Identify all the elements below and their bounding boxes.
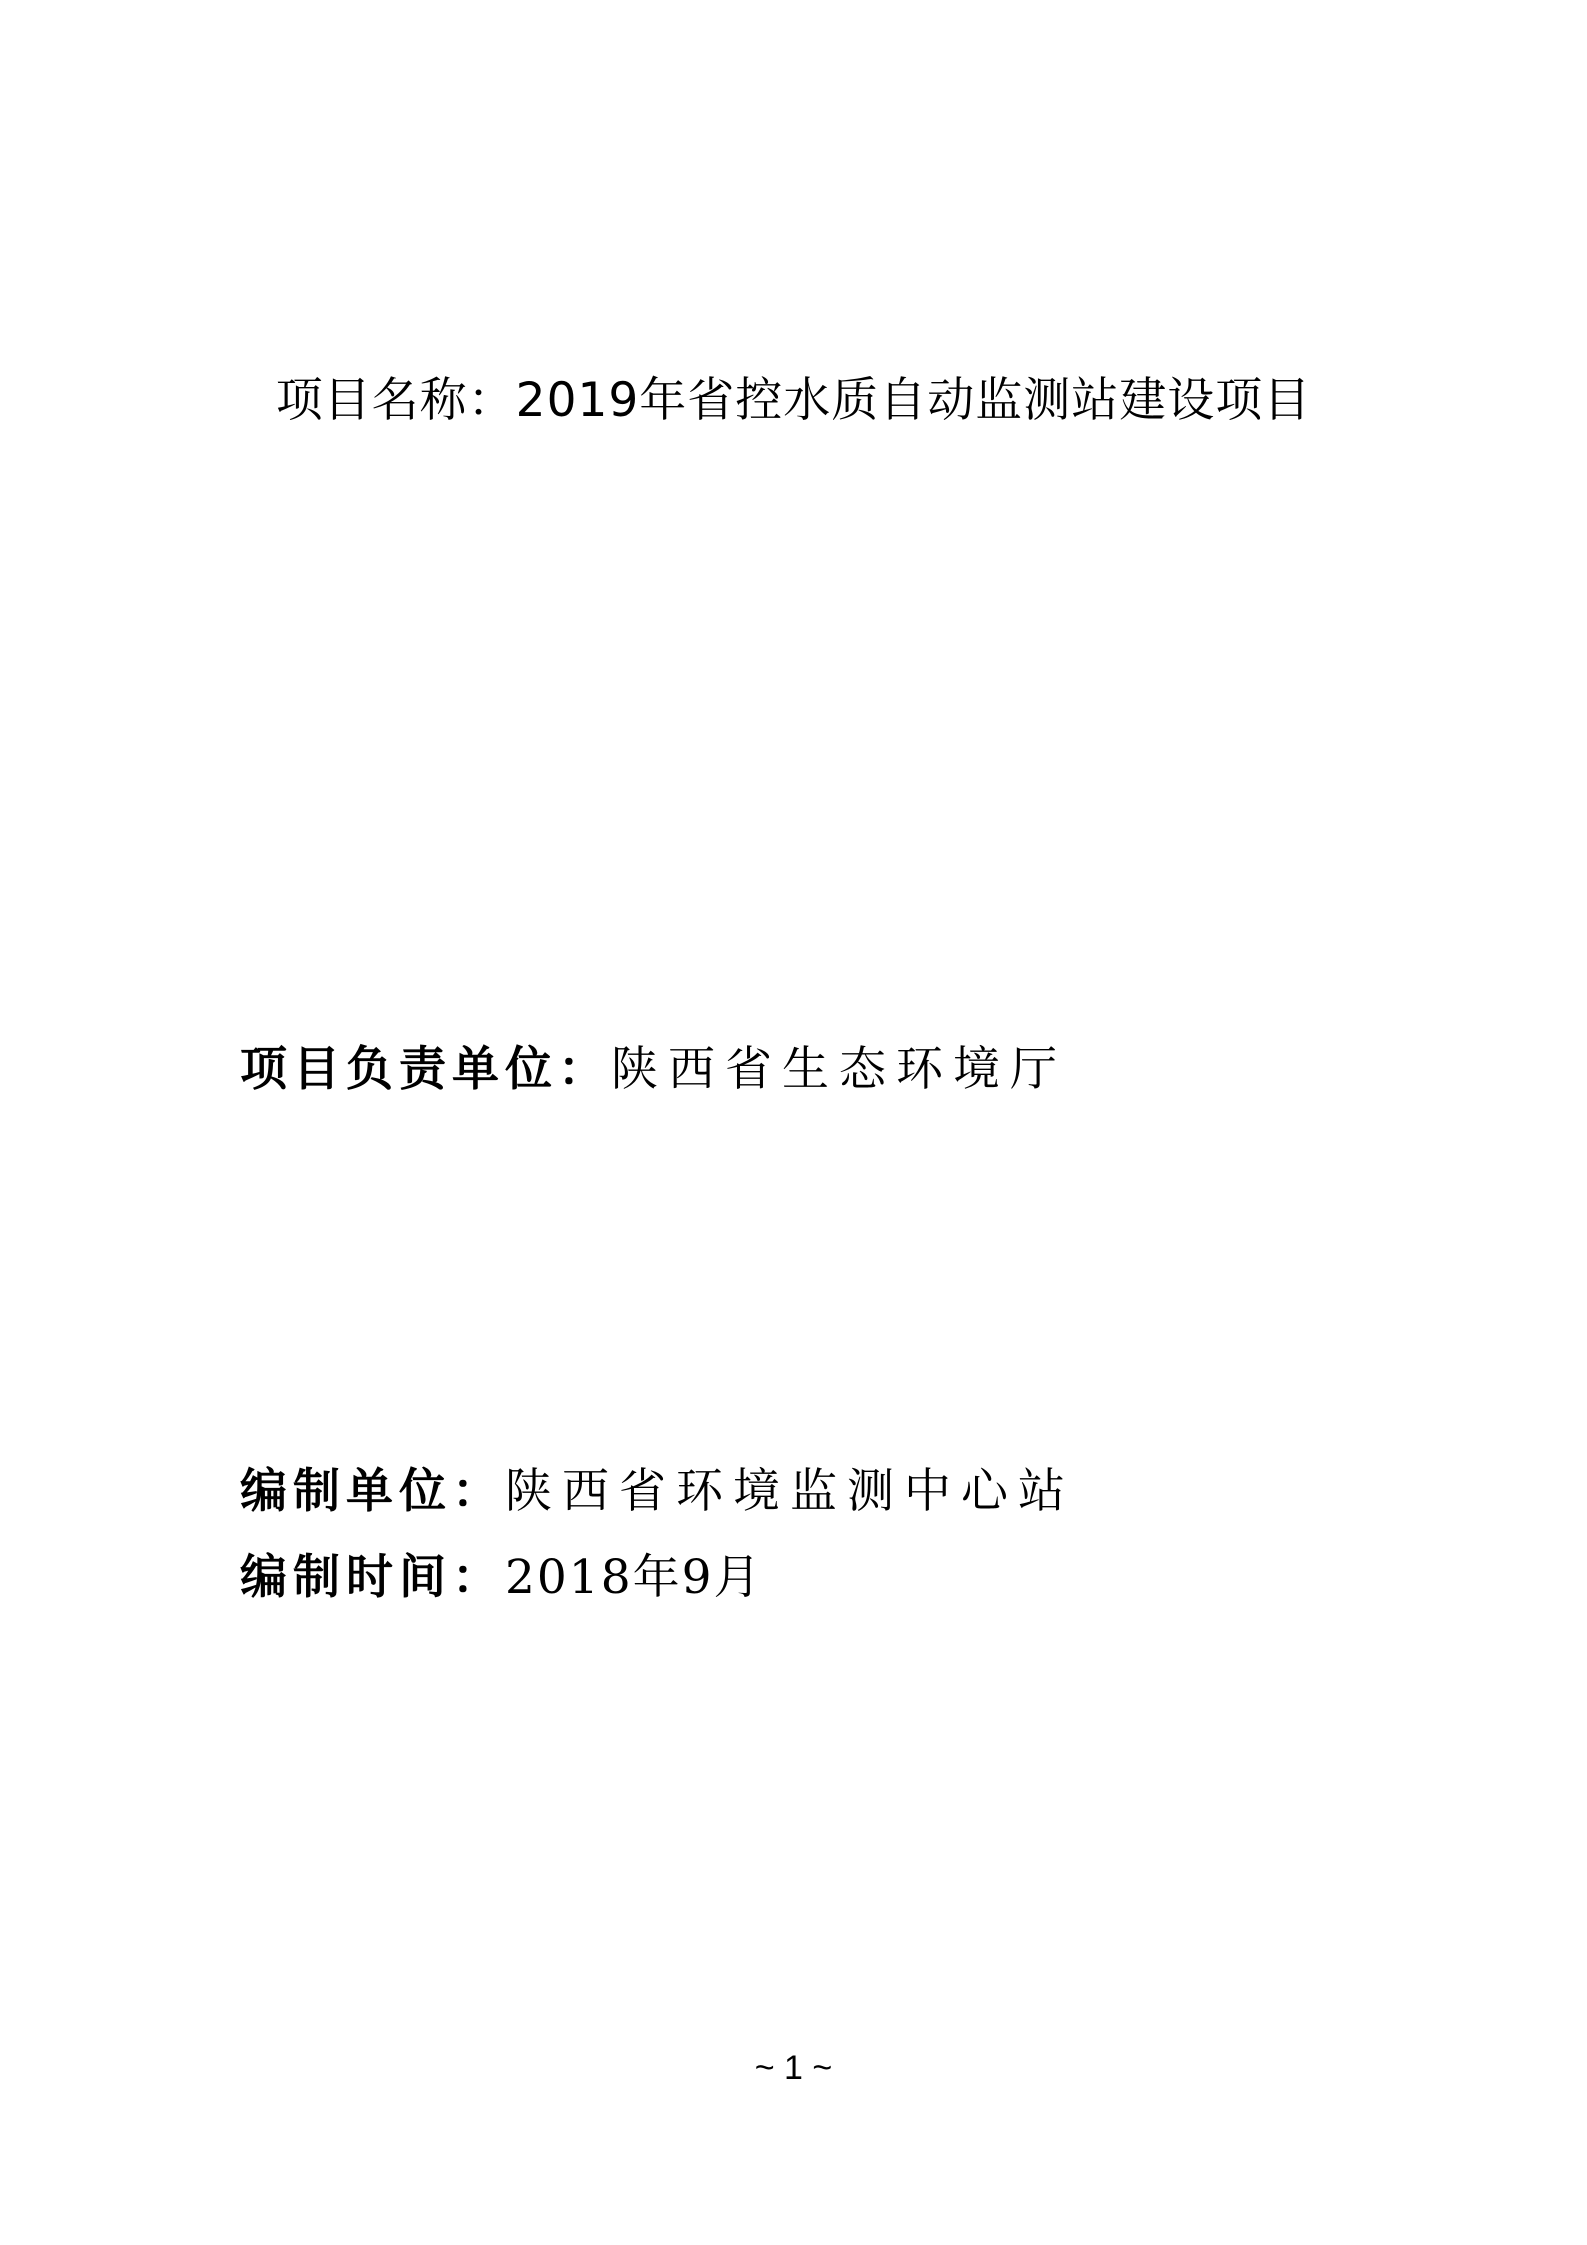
compiling-unit-field: 编制单位：陕西省环境监测中心站: [240, 1457, 1075, 1527]
project-owner-label: 项目负责单位：: [240, 1042, 611, 1097]
project-owner-value: 陕西省生态环境厅: [611, 1042, 1067, 1097]
document-page: 项目名称：2019年省控水质自动监测站建设项目 项目负责单位：陕西省生态环境厅 …: [0, 0, 1587, 2245]
compiling-unit-value: 陕西省环境监测中心站: [505, 1464, 1075, 1519]
compile-time-value: 2018年9月: [505, 1550, 763, 1605]
project-title: 项目名称：2019年省控水质自动监测站建设项目: [0, 366, 1587, 436]
page-number: ~ 1 ~: [0, 2045, 1587, 2091]
project-owner-field: 项目负责单位：陕西省生态环境厅: [240, 1035, 1067, 1105]
compiling-unit-label: 编制单位：: [240, 1464, 505, 1519]
compile-time-label: 编制时间：: [240, 1550, 505, 1605]
compile-time-field: 编制时间：2018年9月: [240, 1543, 763, 1613]
